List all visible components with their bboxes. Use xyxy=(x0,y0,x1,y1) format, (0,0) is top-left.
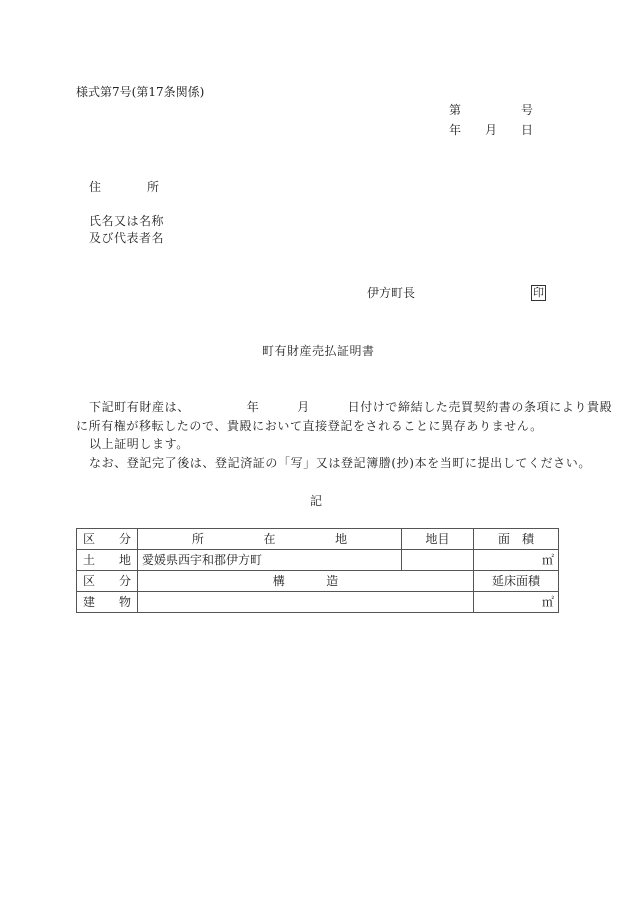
table-row-land: 土 地 愛媛県西宇和郡伊方町 ㎡ xyxy=(77,550,559,571)
area-value-cell: ㎡ xyxy=(474,550,559,571)
name-label-line2: 及び代表者名 xyxy=(89,231,164,245)
location-value-cell: 愛媛県西宇和郡伊方町 xyxy=(138,550,402,571)
land-type-value-cell xyxy=(402,550,474,571)
body-line-2: に所有権が移転したので、貴殿において直接登記をされることに異存ありません。 xyxy=(76,419,543,433)
area-header-cell: 面 積 xyxy=(474,529,559,550)
category-land-cell: 土 地 xyxy=(77,550,138,571)
land-type-header-cell: 地目 xyxy=(402,529,474,550)
category-header-cell: 区 分 xyxy=(77,529,138,550)
doc-number-suffix: 号 xyxy=(521,103,533,117)
floor-area-value-cell: ㎡ xyxy=(474,592,559,613)
date-month-label: 月 xyxy=(485,123,497,137)
structure-header-cell: 構 造 xyxy=(138,571,474,592)
form-number: 様式第7号(第17条関係) xyxy=(76,85,204,99)
doc-number-prefix: 第 xyxy=(449,103,461,117)
address-label-part2: 所 xyxy=(147,180,159,194)
body-line-3: 以上証明します。 xyxy=(89,437,189,451)
name-label-line1: 氏名又は名称 xyxy=(89,214,164,228)
address-label-part1: 住 xyxy=(89,180,101,194)
property-table: 区 分 所 在 地 地目 面 積 土 地 愛媛県西宇和郡伊方町 ㎡ 区 xyxy=(76,528,559,613)
seal-mark: 印 xyxy=(531,285,546,301)
issuer-title: 伊方町長 xyxy=(367,286,415,300)
category-header-cell-2: 区 分 xyxy=(77,571,138,592)
date-year-label: 年 xyxy=(449,123,461,137)
structure-value-cell xyxy=(138,592,474,613)
table-row-header-building: 区 分 構 造 延床面積 xyxy=(77,571,559,592)
location-header-cell: 所 在 地 xyxy=(138,529,402,550)
document-title: 町有財産売払証明書 xyxy=(262,344,375,358)
body-line-4: なお、登記完了後は、登記済証の「写」又は登記簿謄(抄)本を当町に提出してください… xyxy=(89,456,591,470)
table-row-header-land: 区 分 所 在 地 地目 面 積 xyxy=(77,529,559,550)
floor-area-header-cell: 延床面積 xyxy=(474,571,559,592)
date-day-label: 日 xyxy=(521,123,533,137)
body-line-1: 下記町有財産は、 年 月 日付けで締結した売買契約書の条項により貴殿 xyxy=(89,400,612,414)
ki-label: 記 xyxy=(310,494,322,508)
category-building-cell: 建 物 xyxy=(77,592,138,613)
table-row-building: 建 物 ㎡ xyxy=(77,592,559,613)
